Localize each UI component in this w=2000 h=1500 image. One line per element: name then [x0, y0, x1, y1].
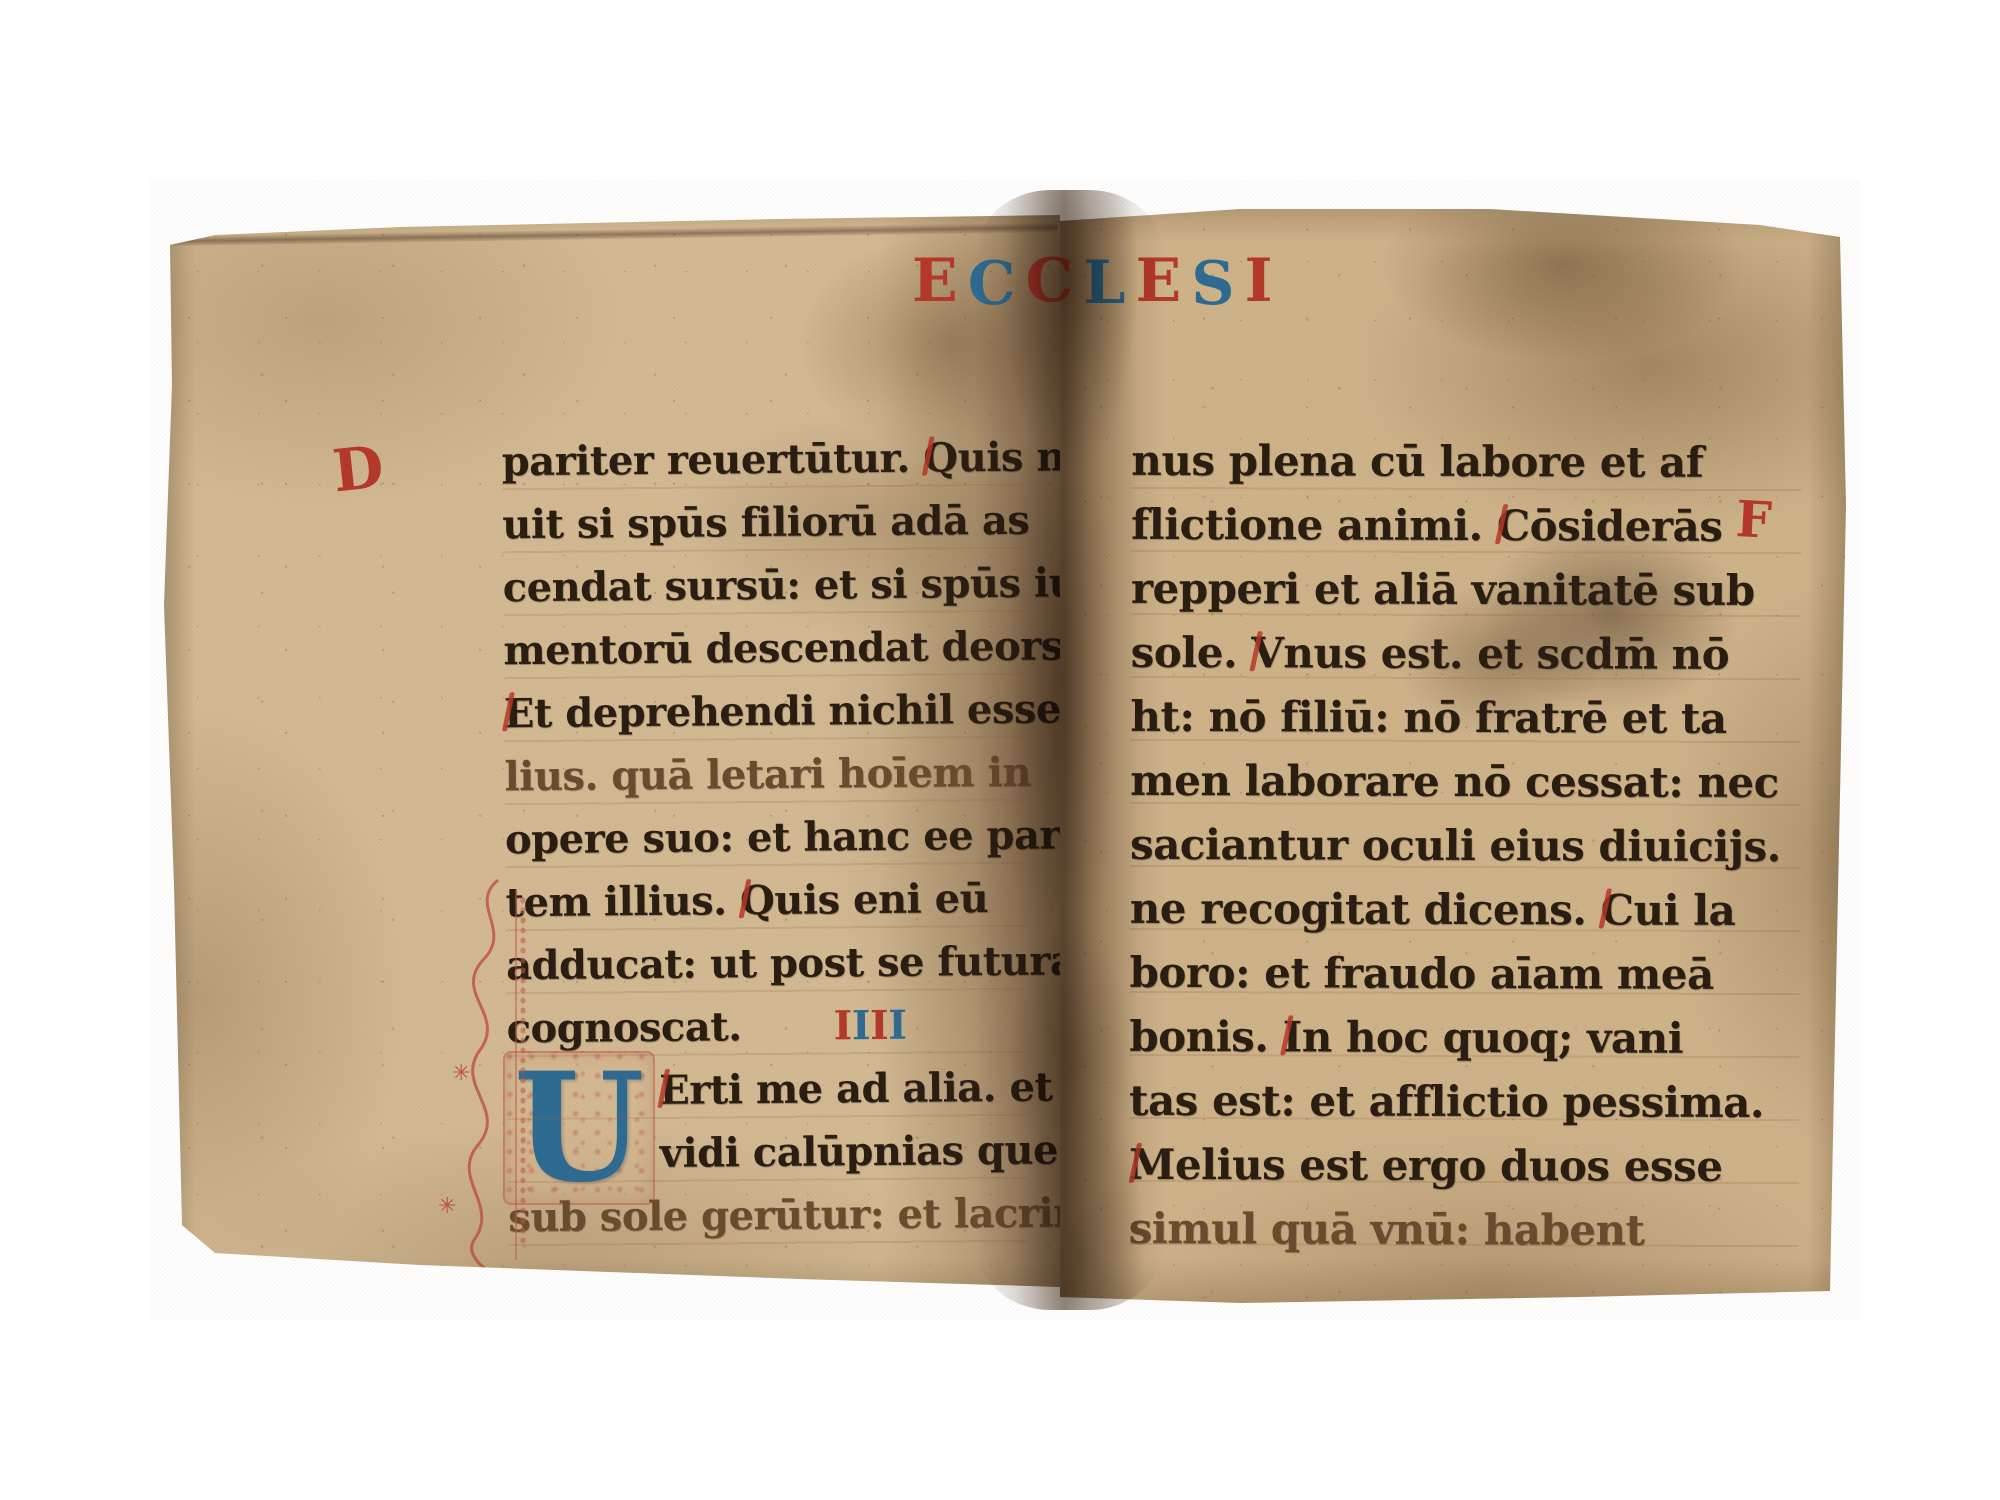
manuscript-line: tem illius. Quis eni eū [505, 867, 1026, 935]
text-segment: M [1129, 1133, 1175, 1197]
text-segment: ōsiderās [1530, 494, 1723, 559]
text-segment: E [1135, 248, 1181, 314]
text-segment: vidi calūpnias que [659, 1118, 1058, 1184]
pen-flourish-decoration: ✳ ✳ [428, 875, 528, 1275]
text-segment: elius est ergo duos esse [1175, 1133, 1723, 1199]
text-segment: mentorū descendat deorsū. [503, 614, 1105, 682]
text-segment: E [659, 1059, 690, 1122]
text-segment: L [1083, 250, 1125, 316]
text-segment: ht: nō filiū: nō fratrē et ta [1130, 685, 1726, 751]
text-segment: E [912, 248, 958, 314]
text-segment: uit si spūs filiorū adā as [502, 489, 1030, 557]
manuscript-line: tas est: et afflictio pessima. [1129, 1069, 1799, 1135]
manuscript-line: flictione animi. Cōsiderās [1131, 493, 1801, 559]
text-segment: repperi et aliā vanitatē sub [1131, 557, 1755, 623]
text-segment: V [1251, 621, 1283, 685]
text-segment: uis eni eū [774, 867, 988, 932]
text-segment: sole. [1131, 621, 1252, 685]
text-segment: adducat: ut post se futura [506, 929, 1076, 997]
manuscript-line: sub sole gerūtur: et lacrima [508, 1182, 1029, 1250]
text-segment: tem illius. [505, 869, 740, 934]
text-segment: Q [740, 869, 775, 932]
text-segment: opere suo: et hanc ee par [505, 803, 1061, 871]
manuscript-line: ne recogitat dicens. Cui la [1130, 877, 1800, 943]
running-title: ECCLESI [912, 248, 1283, 314]
manuscript-photo: D ✳ ✳ U pariter reuertūtur. Quis nouit s… [0, 0, 2000, 1500]
text-segment: pariter reuertūtur. [501, 427, 923, 494]
text-segment: saciantur oculi eius diuicijs. [1130, 813, 1781, 879]
manuscript-line: men laborare nō cessat: nec [1130, 749, 1800, 815]
text-segment: I [870, 994, 889, 1057]
manuscript-line: simul quā vnū: habent [1129, 1197, 1799, 1263]
text-segment: nus est. et scdm̄ nō [1283, 621, 1729, 687]
manuscript-line: adducat: ut post se futura [506, 930, 1027, 998]
text-segment: ne recogitat dicens. [1130, 877, 1601, 943]
text-segment: cognoscat. [506, 995, 742, 1060]
star-mark: ✳ [452, 1061, 470, 1086]
text-segment: C [1026, 248, 1074, 314]
text-segment: ui la [1633, 879, 1735, 943]
margin-initial-d: D [330, 433, 387, 506]
manuscript-line: Erti me ad alia. et [659, 1056, 1028, 1122]
text-segment: E [504, 682, 535, 745]
text-segment: boro: et fraudo aīam meā [1129, 941, 1713, 1007]
text-segment: n hoc quoq; vani [1302, 1005, 1684, 1070]
manuscript-line: Et deprehendi nichil esse me [504, 678, 1025, 746]
manuscript-line: uit si spūs filiorū adā as [502, 489, 1023, 557]
manuscript-line: boro: et fraudo aīam meā [1129, 941, 1799, 1007]
manuscript-line: sole. Vnus est. et scdm̄ nō [1131, 621, 1801, 687]
text-segment: tas est: et afflictio pessima. [1129, 1069, 1764, 1135]
manuscript-line: repperi et aliā vanitatē sub [1131, 557, 1801, 623]
text-segment: I [852, 994, 871, 1057]
manuscript-line: opere suo: et hanc ee par [505, 804, 1026, 872]
text-segment [741, 994, 834, 1058]
left-page: D ✳ ✳ U pariter reuertūtur. Quis nouit s… [160, 185, 1060, 1315]
text-segment: I [833, 994, 852, 1057]
text-segment: C [1497, 494, 1530, 558]
manuscript-line: Melius est ergo duos esse [1129, 1133, 1799, 1199]
manuscript-line: cognoscat. IIII [506, 993, 1027, 1061]
text-segment: I [1282, 1005, 1301, 1069]
manuscript-line: ECCLESI [912, 248, 1283, 314]
manuscript-line: cendat sursū: et si spūs iu [503, 552, 1024, 620]
text-segment: nus plena cū labore et af [1131, 429, 1703, 495]
text-segment: flictione animi. [1131, 493, 1497, 558]
text-block-left: pariter reuertūtur. Quis nouit si spūs f… [501, 426, 1028, 1250]
text-segment: bonis. [1129, 1005, 1282, 1070]
manuscript-line: ht: nō filiū: nō fratrē et ta [1130, 685, 1800, 751]
manuscript-line: saciantur oculi eius diuicijs. [1130, 813, 1800, 879]
star-mark: ✳ [438, 1194, 456, 1219]
text-segment: men laborare nō cessat: nec [1130, 749, 1779, 815]
manuscript-line: lius. quā letari hoīem in [504, 741, 1025, 809]
manuscript-line: vidi calūpnias que [659, 1119, 1028, 1185]
text-segment: C [1600, 878, 1633, 942]
text-segment: lius. quā letari hoīem in [504, 741, 1031, 809]
text-segment: t deprehendi nichil esse me [534, 677, 1142, 745]
text-segment: Q [923, 426, 958, 489]
manuscript-line: pariter reuertūtur. Quis no [501, 426, 1022, 494]
text-segment: sub sole gerūtur: et lacrima [508, 1181, 1121, 1249]
text-segment: rti me ad alia. et [689, 1056, 1053, 1122]
text-segment: I [1245, 248, 1273, 314]
manuscript-line: nus plena cū labore et af [1131, 429, 1801, 495]
text-segment: I [888, 994, 907, 1057]
text-segment: simul quā vnū: habent [1129, 1197, 1645, 1263]
right-page: F nus plena cū labore et afflictione ani… [1060, 185, 1846, 1315]
text-segment: S [1191, 251, 1234, 317]
manuscript-line: bonis. In hoc quoq; vani [1129, 1005, 1799, 1071]
text-block-right: nus plena cū labore et afflictione animi… [1129, 429, 1802, 1263]
text-segment: C [968, 251, 1016, 317]
text-segment: cendat sursū: et si spūs iu [503, 551, 1078, 619]
manuscript-line: mentorū descendat deorsū. [503, 615, 1024, 683]
